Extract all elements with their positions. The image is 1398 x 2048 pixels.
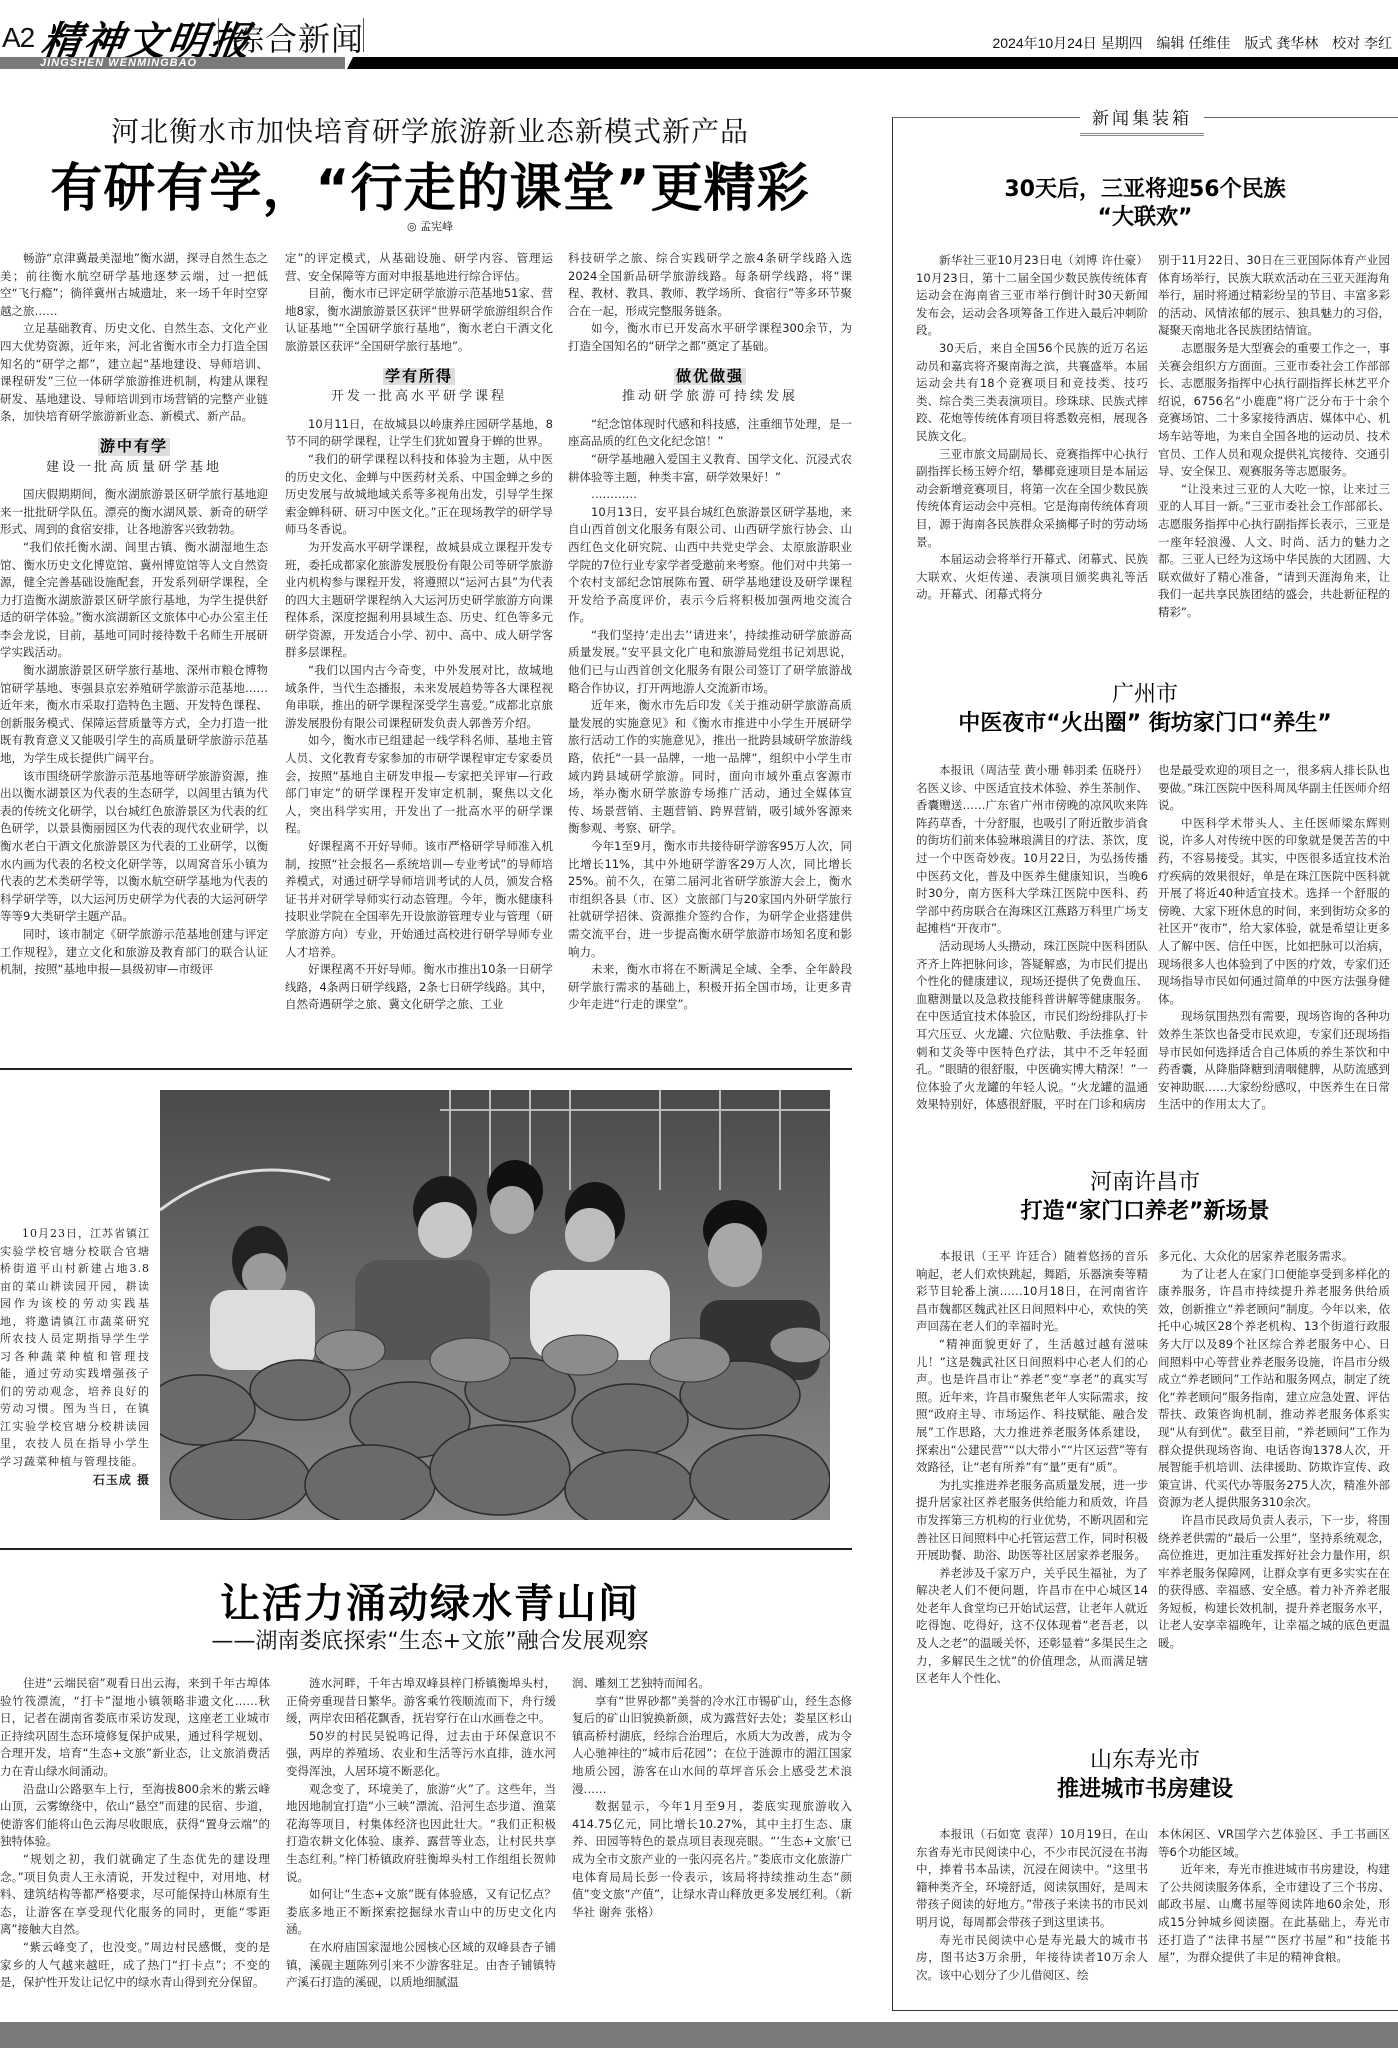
news-item-guangzhou-col1: 本报讯（周洁莹 黄小珊 韩羽柔 伍晓丹）名医义诊、中医适宜技术体验、养生茶制作、… [916,762,1148,1142]
editor-credit: 编辑 任维佳 [1157,35,1231,51]
lead-column-1: 畅游“京津冀最美湿地”衡水湖，探寻自然生态之美；前往衡水航空研学基地逐梦云端，过… [0,250,268,1010]
second-column-2: 涟水河畔，千年古埠双峰县梓门桥镇衡埠头村，正倚旁重现昔日繁华。游客乘竹筏顺流而下… [286,1675,556,2015]
second-column-1: 住进“云端民宿”观看日出云海，来到千年古埠体验竹筏漂流，“打卡”湿地小镇领略非遗… [0,1675,270,2015]
news-item-sanya-col1: 新华社三亚10月23日电（刘博 许仕豪）10月23日，第十二届全国少数民族传统体… [916,252,1148,662]
proofreader-credit: 校对 李红 [1332,35,1392,51]
photo-caption: 10月23日，江苏省镇江实验学校官塘分校联合官塘桥街道平山村新建占地3.8亩的菜… [0,1225,150,1490]
lead-column-2: 定”的评定模式，从基础设施、研学内容、管理运营、安全保障等方面对申报基地进行综合… [285,250,553,1010]
news-item-shouguang-col2: 本休闲区、VR国学六艺体验区、手工书画区等6个功能区域。 近年来，寿光市推进城市… [1158,1826,1390,2006]
photo-credit: 石玉成 摄 [0,1472,150,1490]
news-photo [160,1090,830,1520]
second-subheadline: ——湖南娄底探索“生态+文旅”融合发展观察 [0,1624,860,1655]
footer-bar [0,2022,1398,2048]
newspaper-pinyin: JINGSHEN WENMINGBAO [40,57,197,69]
news-item-sanya-head: 30天后，三亚将迎56个民族 “大联欢” [892,176,1398,232]
subhead-2: 学有所得 开发一批高水平研学课程 [285,368,553,406]
masthead-meta: 2024年10月24日 星期四 编辑 任维佳 版式 龚华林 校对 李红 [982,33,1392,53]
masthead: A2 精神文明报 综合新闻 2024年10月24日 星期四 编辑 任维佳 版式 … [0,0,1398,70]
news-item-guangzhou-col2: 也是最受欢迎的项目之一，很多病人排长队也要做。”珠江医院中医科周凤华副主任医师介… [1158,762,1390,1142]
section-divider [0,1068,852,1070]
news-item-shouguang-col1: 本报讯（石如宽 袁萍）10月19日，在山东省寿光市民阅读中心，不少市民沉浸在书海… [916,1826,1148,2006]
news-item-sanya-col2: 别于11月22日、30日在三亚国际体育产业园体育场举行，民族大联欢活动在三亚天涯… [1158,252,1390,662]
news-item-guangzhou-head: 广州市 中医夜市“火出圈” 街坊家门口“养生” [892,680,1398,738]
lead-headline: 有研有学，“行走的课堂”更精彩 [0,146,860,221]
masthead-divider [218,18,219,52]
news-item-xuchang-head: 河南许昌市 打造“家门口养老”新场景 [892,1168,1398,1226]
photo-garden-students-icon [160,1090,830,1520]
section-name: 综合新闻 [232,14,364,60]
layout-credit: 版式 龚华林 [1244,35,1318,51]
section-divider [0,1548,852,1550]
issue-date: 2024年10月24日 星期四 [992,35,1142,51]
news-item-shouguang-head: 山东寿光市 推进城市书房建设 [892,1746,1398,1804]
lead-column-3: 科技研学之旅、综合实践研学之旅4条研学线路入选2024全国新品研学旅游线路。每条… [568,250,852,1010]
lead-kicker: 河北衡水市加快培育研学旅游新业态新模式新产品 [0,110,860,150]
subhead-1: 游中有学 建设一批高质量研学基地 [0,438,268,476]
news-item-xuchang-col2: 多元化、大众化的居家养老服务需求。 为了让老人在家门口便能享受到多样化的康养服务… [1158,1248,1390,1708]
masthead-bar-black [347,57,1398,69]
subhead-3: 做优做强 推动研学旅游可持续发展 [568,368,852,406]
second-column-3: 润、雕刻工艺独特而闻名。 享有“世界砂都”美誉的冷水江市锡矿山，经生态修复后的矿… [572,1675,852,2015]
news-box-title: 新闻集装箱 [1080,100,1204,136]
news-item-xuchang-col1: 本报讯（王平 许廷合）随着悠扬的音乐响起，老人们欢快跳起，舞蹈，乐器演奏等精彩节… [916,1248,1148,1708]
lead-byline: ◎ 孟宪峰 [0,218,860,234]
page-number: A2 [2,22,34,54]
second-headline: 让活力涌动绿水青山间 [0,1572,860,1629]
masthead-divider [363,18,364,52]
